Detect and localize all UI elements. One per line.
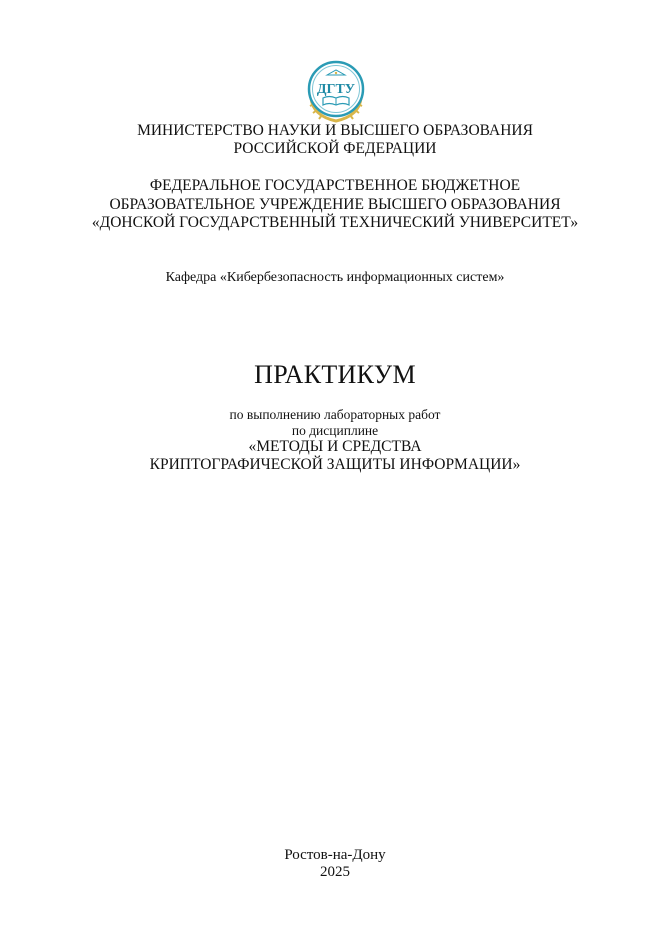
document-title: ПРАКТИКУМ bbox=[0, 360, 670, 390]
document-page: ДГТУ МИНИСТЕРСТВО НАУКИ И ВЫСШЕГО ОБРАЗО… bbox=[0, 0, 670, 939]
university-emblem-icon: ДГТУ bbox=[305, 58, 367, 124]
document-subtitle: по выполнению лабораторных работ по дисц… bbox=[0, 407, 670, 473]
svg-text:ДГТУ: ДГТУ bbox=[317, 82, 355, 97]
department-name: Кафедра «Кибербезопасность информационны… bbox=[0, 269, 670, 287]
institution-line-1: ФЕДЕРАЛЬНОЕ ГОСУДАРСТВЕННОЕ БЮДЖЕТНОЕ bbox=[0, 177, 670, 196]
discipline-line-2: КРИПТОГРАФИЧЕСКОЙ ЗАЩИТЫ ИНФОРМАЦИИ» bbox=[0, 456, 670, 474]
footer: Ростов-на-Дону 2025 bbox=[0, 847, 670, 881]
ministry-line-1: МИНИСТЕРСТВО НАУКИ И ВЫСШЕГО ОБРАЗОВАНИЯ bbox=[0, 122, 670, 140]
footer-city: Ростов-на-Дону bbox=[0, 847, 670, 864]
institution-line-2: ОБРАЗОВАТЕЛЬНОЕ УЧРЕЖДЕНИЕ ВЫСШЕГО ОБРАЗ… bbox=[0, 196, 670, 215]
institution-line-3: «ДОНСКОЙ ГОСУДАРСТВЕННЫЙ ТЕХНИЧЕСКИЙ УНИ… bbox=[0, 214, 670, 233]
footer-year: 2025 bbox=[0, 864, 670, 881]
ministry-heading: МИНИСТЕРСТВО НАУКИ И ВЫСШЕГО ОБРАЗОВАНИЯ… bbox=[0, 122, 670, 158]
subtitle-line-1: по выполнению лабораторных работ bbox=[0, 407, 670, 423]
ministry-line-2: РОССИЙСКОЙ ФЕДЕРАЦИИ bbox=[0, 140, 670, 158]
discipline-line-1: «МЕТОДЫ И СРЕДСТВА bbox=[0, 438, 670, 456]
institution-heading: ФЕДЕРАЛЬНОЕ ГОСУДАРСТВЕННОЕ БЮДЖЕТНОЕ ОБ… bbox=[0, 177, 670, 233]
subtitle-line-2: по дисциплине bbox=[0, 423, 670, 439]
